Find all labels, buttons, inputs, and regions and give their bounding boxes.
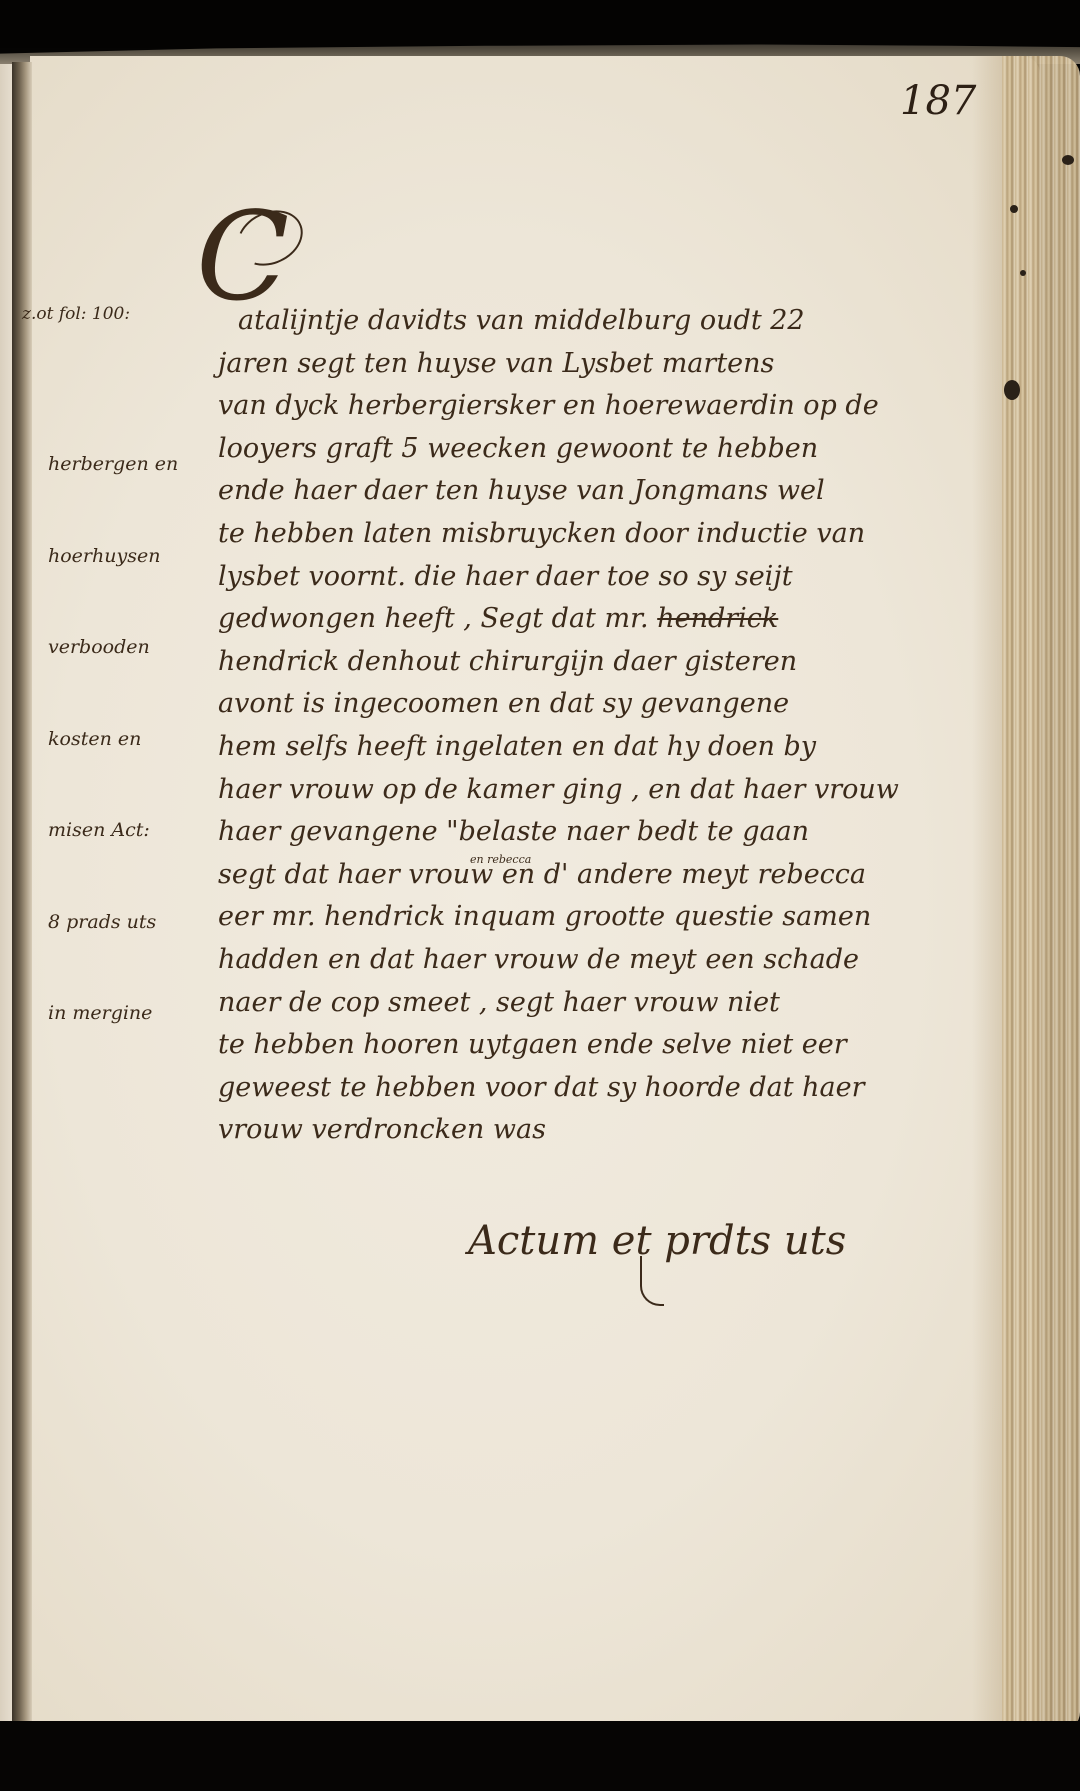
text-line: ende haer daer ten huyse van Jongmans we… xyxy=(218,470,1008,513)
margin-note-line: kosten en xyxy=(48,724,178,755)
folio-number: 187 xyxy=(900,78,976,124)
scan-top-border xyxy=(0,0,1080,48)
ink-blot xyxy=(1020,270,1026,276)
text-line: hadden en dat haer vrouw de meyt een sch… xyxy=(218,939,1008,982)
text-line: vrouw verdroncken was xyxy=(218,1109,1008,1152)
text-line-segment: gedwongen heeft , Segt dat mr. xyxy=(218,603,649,634)
signature-flourish xyxy=(640,1256,664,1306)
text-line: te hebben laten misbruycken door inducti… xyxy=(218,513,1008,556)
manuscript-scan: 187 z.ot fol: 100: herbergen en hoerhuys… xyxy=(0,0,1080,1791)
struck-word: hendrick xyxy=(657,603,778,634)
text-line: naer de cop smeet , segt haer vrouw niet xyxy=(218,982,1008,1025)
cross-reference-note: z.ot fol: 100: xyxy=(22,304,130,324)
text-line: hem selfs heeft ingelaten en dat hy doen… xyxy=(218,726,1008,769)
deposition-text: atalijntje davidts van middelburg oudt 2… xyxy=(238,300,1008,1152)
text-line: lysbet voornt. die haer daer toe so sy s… xyxy=(218,556,1008,599)
text-line: haer vrouw op de kamer ging , en dat hae… xyxy=(218,769,1008,812)
text-line: segt dat haer vrouw en d' andere meyt re… xyxy=(218,854,1008,897)
text-line: van dyck herbergiersker en hoerewaerdin … xyxy=(218,385,1008,428)
margin-note-line: misen Act: xyxy=(48,815,178,846)
interlinear-insertion: en rebecca xyxy=(470,853,531,866)
text-line: jaren segt ten huyse van Lysbet martens xyxy=(218,343,1008,386)
text-line: avont is ingecoomen en dat sy gevangene xyxy=(218,683,1008,726)
text-line: te hebben hooren uytgaen ende selve niet… xyxy=(218,1024,1008,1067)
scan-bottom-border xyxy=(0,1721,1080,1791)
text-line: eer mr. hendrick inquam grootte questie … xyxy=(218,896,1008,939)
text-line: geweest te hebben voor dat sy hoorde dat… xyxy=(218,1067,1008,1110)
margin-note: herbergen en hoerhuysen verbooden kosten… xyxy=(48,388,178,1090)
book-fore-edge xyxy=(1002,56,1080,1732)
text-line: haer gevangene "belaste naer bedt te gaa… xyxy=(218,811,1008,854)
margin-note-line: in mergine xyxy=(48,998,178,1029)
margin-note-line: verbooden xyxy=(48,632,178,663)
text-line: atalijntje davidts van middelburg oudt 2… xyxy=(238,300,1008,343)
margin-note-line: herbergen en xyxy=(48,449,178,480)
margin-note-line: hoerhuysen xyxy=(48,541,178,572)
ink-blot xyxy=(1010,205,1018,213)
text-line: gedwongen heeft , Segt dat mr. hendrick xyxy=(218,598,1008,641)
ink-blot xyxy=(1062,155,1074,165)
text-line: hendrick denhout chirurgijn daer gistere… xyxy=(218,641,1008,684)
text-line: looyers graft 5 weecken gewoont te hebbe… xyxy=(218,428,1008,471)
margin-note-line: 8 prads uts xyxy=(48,907,178,938)
